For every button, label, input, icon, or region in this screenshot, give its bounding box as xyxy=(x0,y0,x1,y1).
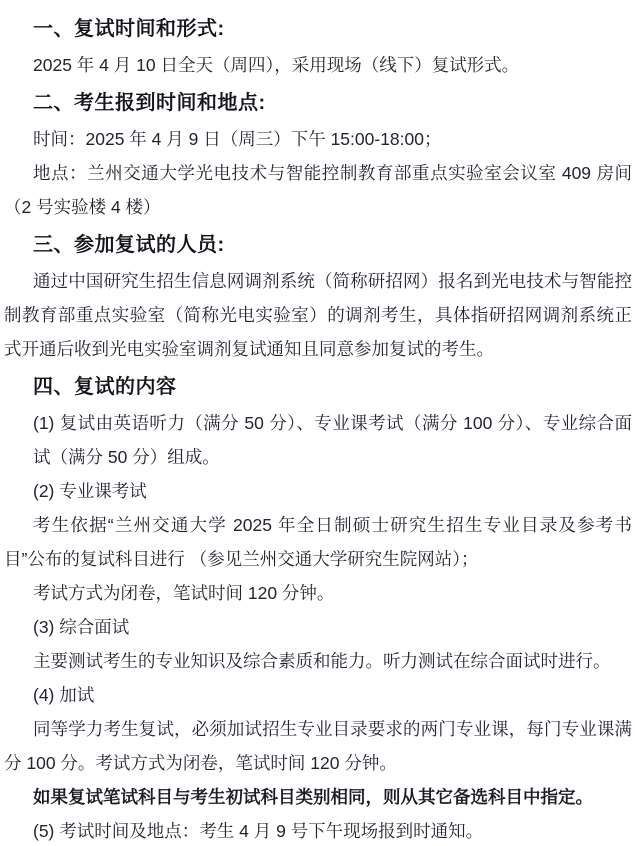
list-item: (2) 专业课考试 xyxy=(33,474,632,508)
document-page: 一、复试时间和形式:2025 年 4 月 10 日全天（周四），采用现场（线下）… xyxy=(0,0,635,846)
paragraph: 主要测试考生的专业知识及综合素质和能力。听力测试在综合面试时进行。 xyxy=(4,644,632,678)
paragraph: 时间：2025 年 4 月 9 日（周三）下午 15:00-18:00； xyxy=(4,122,632,156)
paragraph: 地点：兰州交通大学光电技术与智能控制教育部重点实验室会议室 409 房间（2 号… xyxy=(4,156,632,224)
paragraph: 2025 年 4 月 10 日全天（周四），采用现场（线下）复试形式。 xyxy=(4,48,632,82)
list-item: (5) 考试时间及地点：考生 4 月 9 号下午现场报到时通知。 xyxy=(33,814,632,846)
list-item: (3) 综合面试 xyxy=(33,610,632,644)
list-item: (4) 加试 xyxy=(33,678,632,712)
paragraph-bold: 如果复试笔试科目与考生初试科目类别相同，则从其它备选科目中指定。 xyxy=(4,780,632,814)
paragraph: 通过中国研究生招生信息网调剂系统（简称研招网）报名到光电技术与智能控制教育部重点… xyxy=(4,264,632,366)
paragraph: 考试方式为闭卷，笔试时间 120 分钟。 xyxy=(4,576,632,610)
section-heading: 二、考生报到时间和地点: xyxy=(4,85,632,121)
list-item: (1) 复试由英语听力（满分 50 分）、专业课考试（满分 100 分）、专业综… xyxy=(33,406,632,474)
paragraph: 同等学力考生复试，必须加试招生专业目录要求的两门专业课，每门专业课满分 100 … xyxy=(4,712,632,780)
section-heading: 一、复试时间和形式: xyxy=(4,11,632,47)
section-heading: 三、参加复试的人员: xyxy=(4,227,632,263)
paragraph: 考生依据“兰州交通大学 2025 年全日制硕士研究生招生专业目录及参考书目”公布… xyxy=(4,508,632,576)
section-heading: 四、复试的内容 xyxy=(4,369,632,405)
